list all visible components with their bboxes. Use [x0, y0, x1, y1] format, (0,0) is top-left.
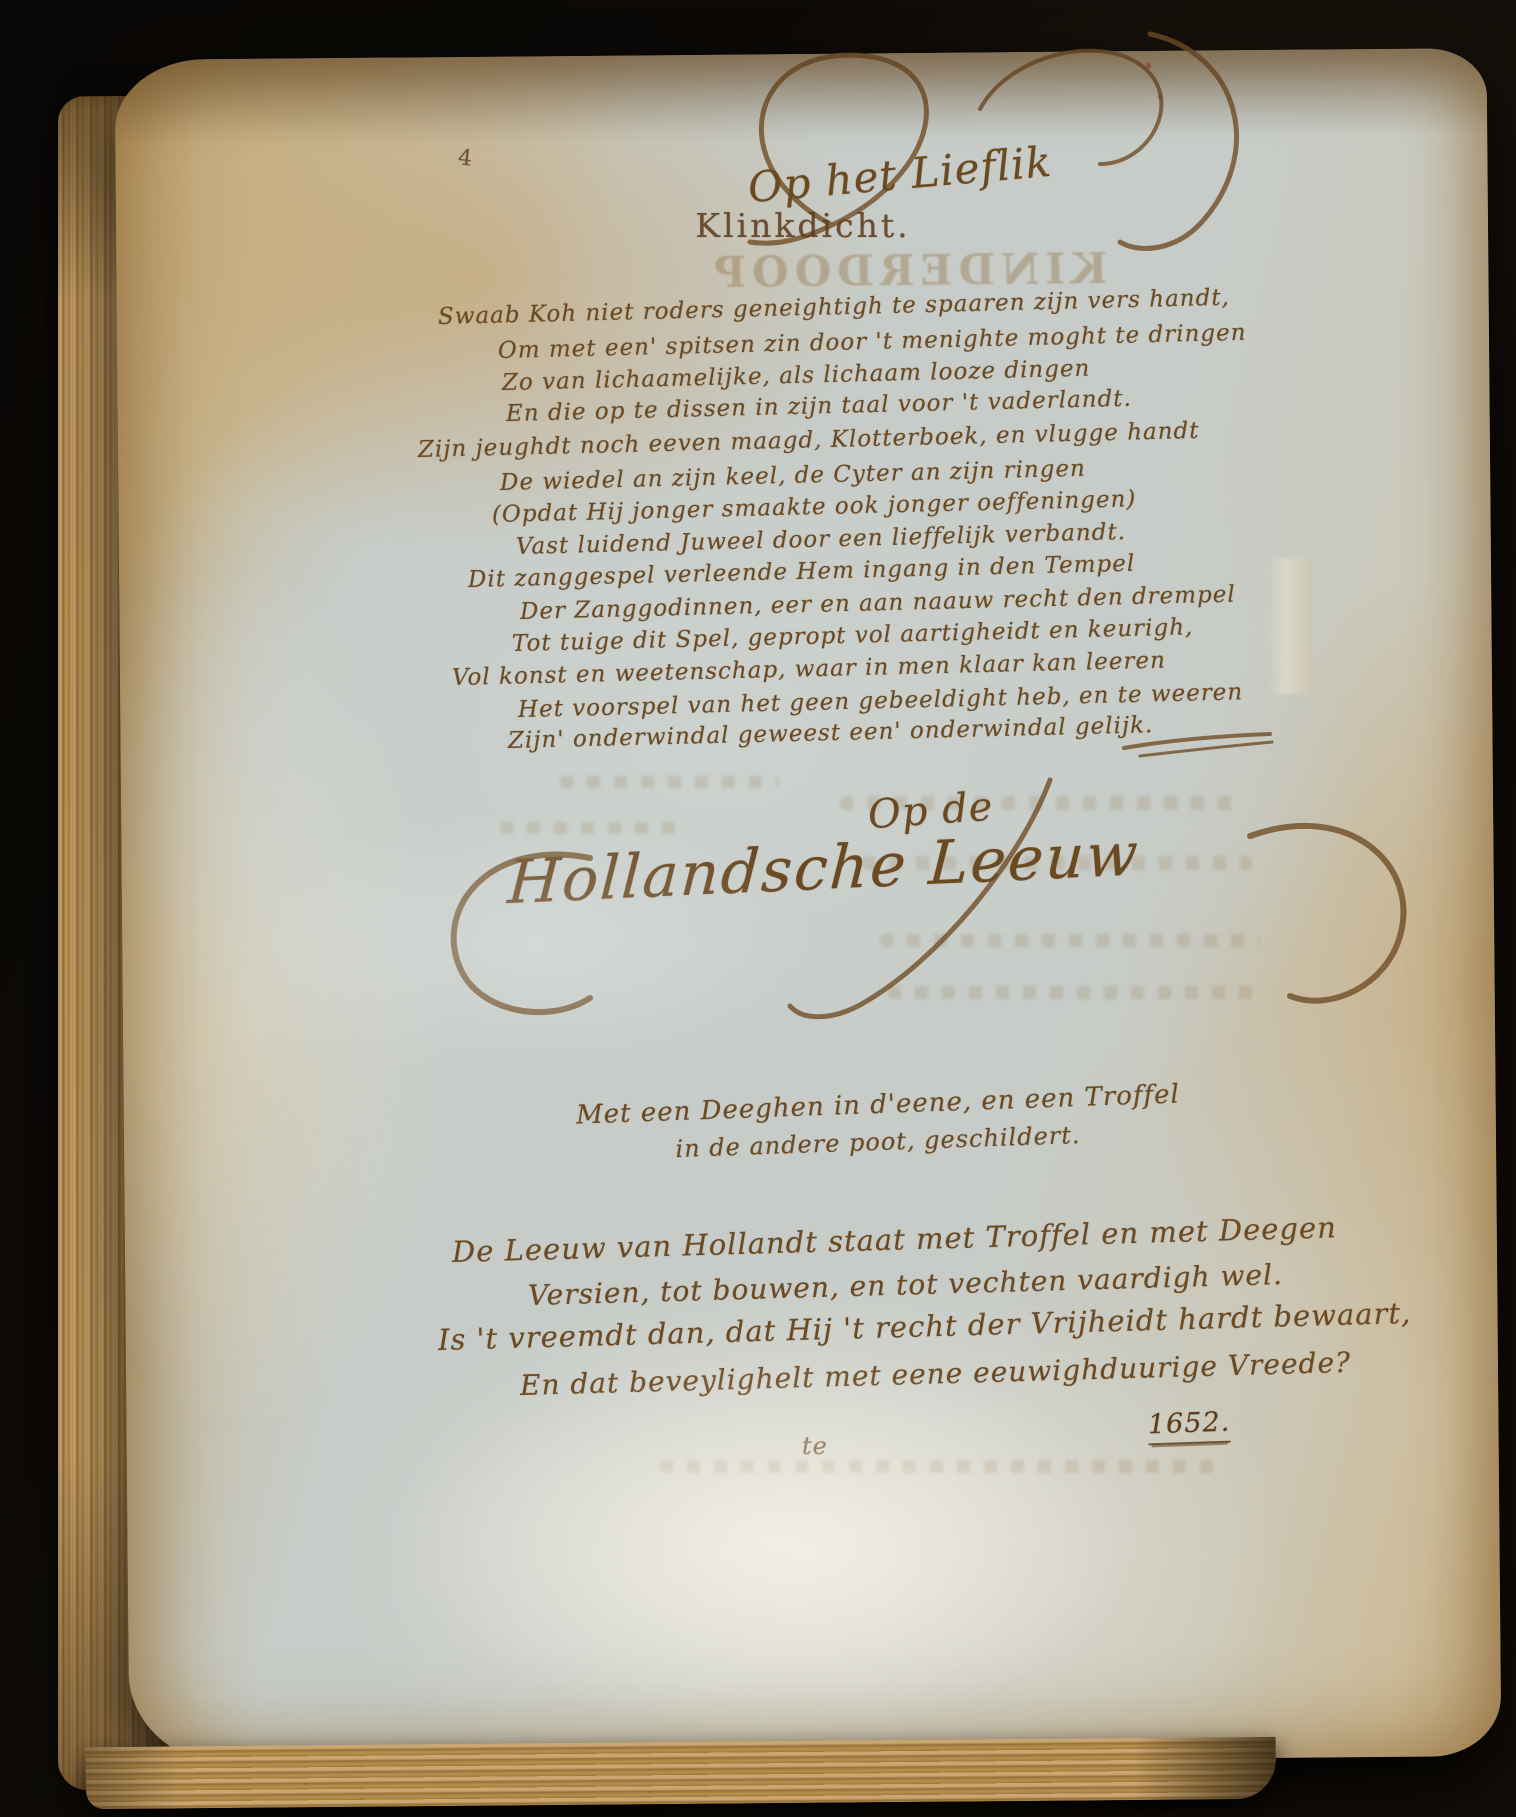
catchword: te [802, 1432, 828, 1460]
manuscript-photo: 4 Op het Lieflik Klinkdicht. KINDERDOOP … [0, 0, 1516, 1817]
folio-number: 4 [457, 145, 474, 171]
next-leaf-edge [1268, 558, 1312, 694]
ink-bleedthrough [660, 1460, 1220, 1473]
book-bottom-edges [86, 1737, 1276, 1809]
line-end-flourish-icon [1120, 722, 1280, 762]
title-flourish-right-icon [1230, 796, 1430, 1026]
poem-title: Klinkdicht. [618, 206, 988, 245]
year-label: 1652. [1147, 1407, 1231, 1446]
